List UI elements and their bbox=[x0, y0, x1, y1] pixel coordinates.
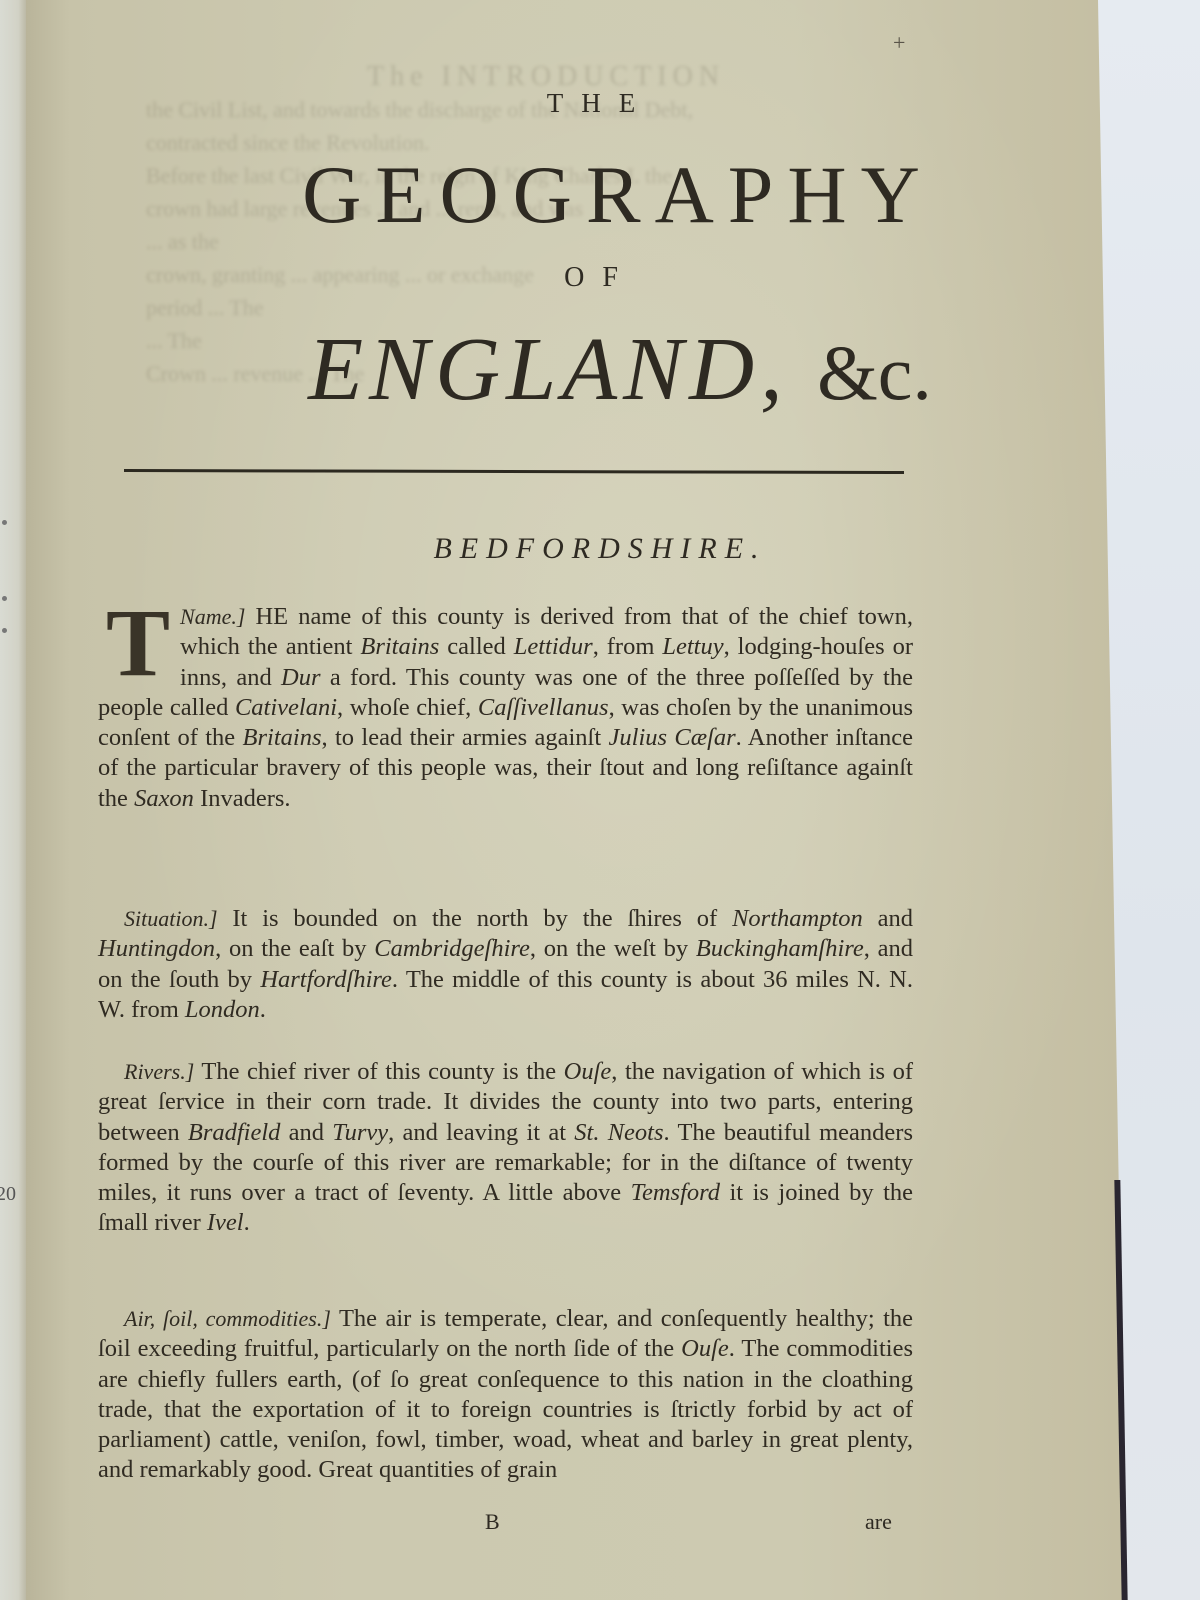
text-run: called bbox=[439, 633, 513, 660]
text-run: , whoſe chief, bbox=[337, 694, 478, 721]
title-geography: GEOGRAPHY bbox=[18, 148, 1200, 242]
italic-term: Britains bbox=[360, 633, 439, 660]
italic-term: Dur bbox=[281, 664, 320, 691]
italic-term: Ivel bbox=[207, 1209, 244, 1236]
section-label: Name.] bbox=[180, 604, 245, 629]
italic-term: St. Neots bbox=[574, 1119, 663, 1146]
section-text: The air is temperate, clear, and conſequ… bbox=[98, 1305, 913, 1483]
text-run: and bbox=[280, 1119, 332, 1146]
section-label: Situation.] bbox=[124, 906, 218, 931]
title-the: THE bbox=[0, 88, 1200, 119]
page-mark: + bbox=[893, 30, 905, 56]
text-run: , and leaving it at bbox=[388, 1119, 574, 1146]
title-england: ENGLAND, &c. bbox=[20, 318, 1200, 421]
text-run: Invaders. bbox=[194, 785, 291, 812]
section-name: Name.] T HE name of this county is deriv… bbox=[98, 602, 913, 814]
italic-term: Britains bbox=[243, 724, 322, 751]
signature-mark: B bbox=[485, 1509, 500, 1535]
margin-mark bbox=[2, 628, 7, 633]
section-text: It is bounded on the north by the ſhires… bbox=[98, 905, 913, 1023]
italic-term: Turvy bbox=[332, 1119, 388, 1146]
margin-mark bbox=[2, 520, 7, 525]
margin-mark bbox=[2, 596, 7, 601]
county-heading: BEDFORDSHIRE. bbox=[0, 532, 1200, 566]
text-run: , on the eaſt by bbox=[215, 935, 374, 962]
italic-term: Ouſe bbox=[564, 1058, 612, 1085]
italic-term: Lettidur bbox=[514, 633, 593, 660]
section-text: HE name of this county is derived from t… bbox=[98, 603, 913, 812]
italic-term: Temsford bbox=[631, 1179, 720, 1206]
italic-term: Hartfordſhire bbox=[260, 966, 392, 993]
title-etc: &c. bbox=[817, 329, 932, 416]
section-label: Rivers.] bbox=[124, 1059, 194, 1084]
text-run: . bbox=[244, 1209, 250, 1236]
title-england-word: ENGLAND, bbox=[308, 320, 789, 419]
margin-page-number: 20 bbox=[0, 1183, 16, 1206]
italic-term: Caſſivellanus bbox=[478, 694, 609, 721]
italic-term: Cativelani bbox=[235, 694, 337, 721]
text-run: . bbox=[260, 996, 266, 1023]
section-text: The chief river of this county is the Ou… bbox=[98, 1058, 913, 1236]
italic-term: Ouſe bbox=[681, 1335, 729, 1362]
italic-term: London bbox=[185, 996, 260, 1023]
italic-term: Saxon bbox=[134, 785, 194, 812]
text-run: It is bounded on the north by the ſhires… bbox=[218, 905, 733, 932]
catchword: are bbox=[865, 1509, 892, 1535]
text-run: , on the weſt by bbox=[530, 935, 696, 962]
italic-term: Lettuy bbox=[662, 633, 723, 660]
italic-term: Julius Cæſar bbox=[609, 724, 736, 751]
section-label: Air, ſoil, commodities.] bbox=[124, 1306, 331, 1331]
italic-term: Huntingdon bbox=[98, 935, 215, 962]
text-run: , to lead their armies againſt bbox=[322, 724, 609, 751]
section-rivers: Rivers.] The chief river of this county … bbox=[98, 1057, 913, 1239]
section-situation: Situation.] It is bounded on the north b… bbox=[98, 904, 913, 1025]
drop-cap: T bbox=[106, 602, 170, 682]
title-of: OF bbox=[0, 262, 1200, 294]
italic-term: Northampton bbox=[732, 905, 863, 932]
italic-term: Bradfield bbox=[188, 1119, 281, 1146]
text-run: The chief river of this county is the bbox=[194, 1058, 563, 1085]
text-run: , from bbox=[593, 633, 663, 660]
text-run: and bbox=[863, 905, 913, 932]
section-air-soil-commodities: Air, ſoil, commodities.] The air is temp… bbox=[98, 1304, 913, 1486]
italic-term: Cambridgeſhire bbox=[374, 935, 530, 962]
italic-term: Buckinghamſhire bbox=[696, 935, 864, 962]
